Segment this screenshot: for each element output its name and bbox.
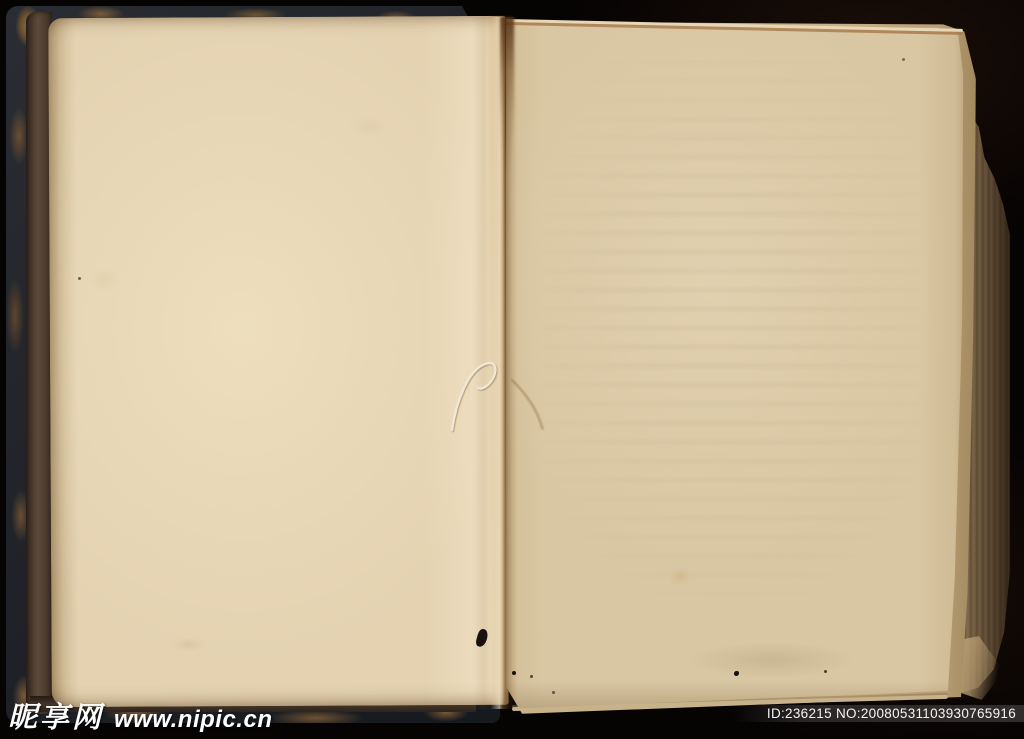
site-name: 昵享网 <box>8 695 104 736</box>
ink-speck <box>530 675 533 678</box>
gutter-stain <box>500 17 514 172</box>
image-id-text: ID:236215 NO:20080531103930765916 <box>767 706 1016 721</box>
ink-speck <box>902 58 905 61</box>
bookmark-thread <box>438 342 568 442</box>
bleed-through-text <box>540 60 920 620</box>
ink-speck <box>78 277 81 280</box>
page-crease <box>512 380 542 428</box>
thread-strand <box>452 363 495 430</box>
nipic-watermark: 昵享网 www.nipic.cn <box>8 695 272 736</box>
site-url: www.nipic.cn <box>114 706 272 734</box>
image-id-watermark: ID:236215 NO:20080531103930765916 <box>733 705 1024 722</box>
ink-speck <box>552 691 555 694</box>
ink-speck <box>512 671 516 675</box>
ink-speck <box>824 670 827 673</box>
photo-scene: 昵享网 www.nipic.cn ID:236215 NO:2008053110… <box>0 0 1024 739</box>
